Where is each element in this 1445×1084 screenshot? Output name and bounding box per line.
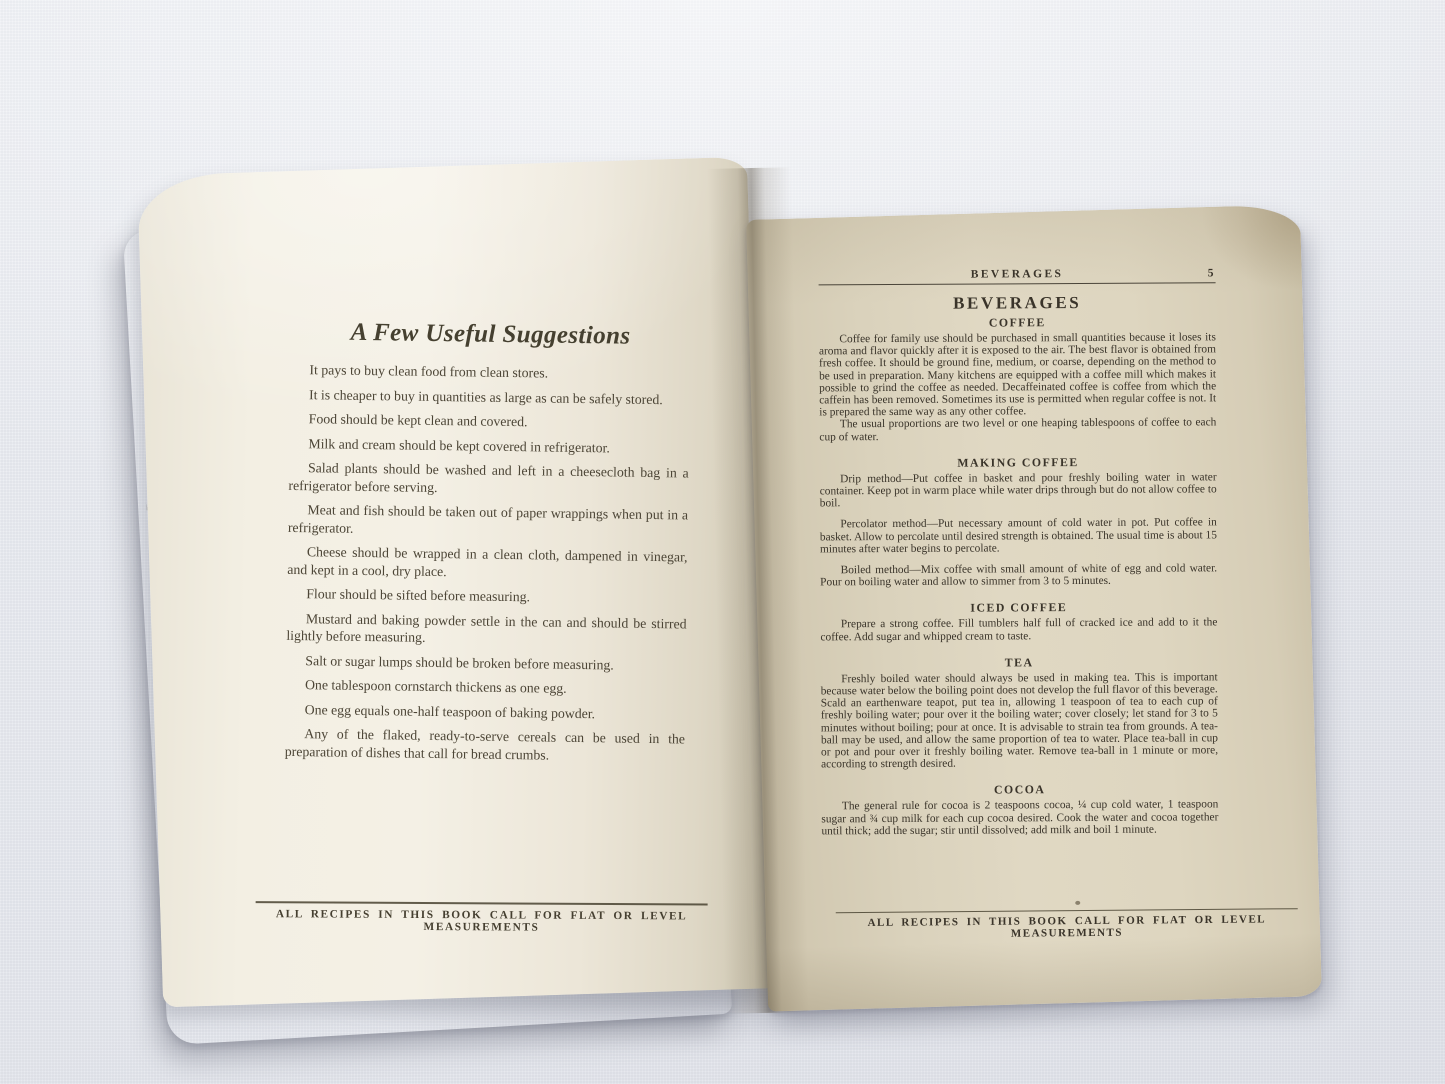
- body-paragraph: Freshly boiled water should always be us…: [821, 671, 1219, 771]
- section-making-coffee: MAKING COFFEE Drip method—Put coffee in …: [819, 454, 1217, 589]
- section-tea: TEA Freshly boiled water should always b…: [821, 654, 1219, 771]
- footer-rule: [836, 908, 1298, 913]
- body-paragraph: Percolator method—Put necessary amount o…: [820, 517, 1217, 556]
- suggestion-paragraph: Any of the flaked, ready-to-serve cereal…: [285, 725, 685, 766]
- suggestion-paragraph: Milk and cream should be kept covered in…: [289, 434, 689, 457]
- section-heading: MAKING COFFEE: [819, 454, 1216, 471]
- left-page: A Few Useful Suggestions It pays to buy …: [137, 157, 773, 1008]
- section-heading: COFFEE: [819, 314, 1216, 331]
- page-number: 5: [1208, 267, 1214, 279]
- suggestion-paragraph: Meat and fish should be taken out of pap…: [288, 501, 688, 542]
- right-page-title: BEVERAGES: [819, 292, 1216, 314]
- section-cocoa: COCOA The general rule for cocoa is 2 te…: [821, 782, 1218, 838]
- section-heading: ICED COFFEE: [820, 600, 1217, 617]
- section-heading: COCOA: [821, 782, 1218, 799]
- footer-rule: [256, 901, 708, 905]
- footer-text: ALL RECIPES IN THIS BOOK CALL FOR FLAT O…: [255, 908, 707, 934]
- left-page-footer: ALL RECIPES IN THIS BOOK CALL FOR FLAT O…: [255, 901, 707, 934]
- paper-speck: [1075, 901, 1080, 905]
- suggestion-paragraph: It is cheaper to buy in quantities as la…: [290, 385, 690, 408]
- body-paragraph: Coffee for family use should be purchase…: [819, 331, 1216, 418]
- suggestion-paragraph: It pays to buy clean food from clean sto…: [290, 361, 690, 384]
- body-paragraph: The general rule for cocoa is 2 teaspoon…: [821, 799, 1218, 838]
- suggestion-paragraph: Food should be kept clean and covered.: [289, 410, 689, 433]
- suggestion-paragraph: One egg equals one-half teaspoon of baki…: [285, 700, 685, 723]
- section-iced-coffee: ICED COFFEE Prepare a strong coffee. Fil…: [820, 600, 1217, 643]
- body-paragraph: The usual proportions are two level or o…: [819, 417, 1216, 443]
- suggestion-paragraph: Flour should be sifted before measuring.: [287, 585, 687, 608]
- suggestion-paragraph: One tablespoon cornstarch thickens as on…: [286, 676, 686, 699]
- body-paragraph: Drip method—Put coffee in basket and pou…: [820, 471, 1217, 510]
- running-header: BEVERAGES 5: [819, 267, 1216, 281]
- footer-text: ALL RECIPES IN THIS BOOK CALL FOR FLAT O…: [836, 913, 1298, 941]
- running-header-text: BEVERAGES: [971, 268, 1064, 280]
- running-header-rule: [819, 282, 1216, 285]
- suggestion-paragraph: Salt or sugar lumps should be broken bef…: [286, 651, 686, 674]
- left-page-content: A Few Useful Suggestions It pays to buy …: [285, 318, 691, 773]
- right-page-footer: ALL RECIPES IN THIS BOOK CALL FOR FLAT O…: [836, 908, 1298, 941]
- suggestion-paragraph: Salad plants should be washed and left i…: [288, 459, 688, 500]
- right-page: BEVERAGES 5 BEVERAGES COFFEE Coffee for …: [746, 204, 1322, 1011]
- body-paragraph: Prepare a strong coffee. Fill tumblers h…: [820, 617, 1217, 643]
- section-heading: TEA: [821, 654, 1218, 671]
- suggestion-paragraph: Mustard and baking powder settle in the …: [286, 609, 686, 650]
- photo-background: A Few Useful Suggestions It pays to buy …: [0, 0, 1445, 1084]
- body-paragraph: Boiled method—Mix coffee with small amou…: [820, 562, 1217, 588]
- right-page-content: BEVERAGES 5 BEVERAGES COFFEE Coffee for …: [819, 267, 1219, 837]
- left-page-title: A Few Useful Suggestions: [290, 318, 690, 352]
- suggestion-paragraph: Cheese should be wrapped in a clean clot…: [287, 543, 687, 584]
- section-coffee: COFFEE Coffee for family use should be p…: [819, 314, 1217, 443]
